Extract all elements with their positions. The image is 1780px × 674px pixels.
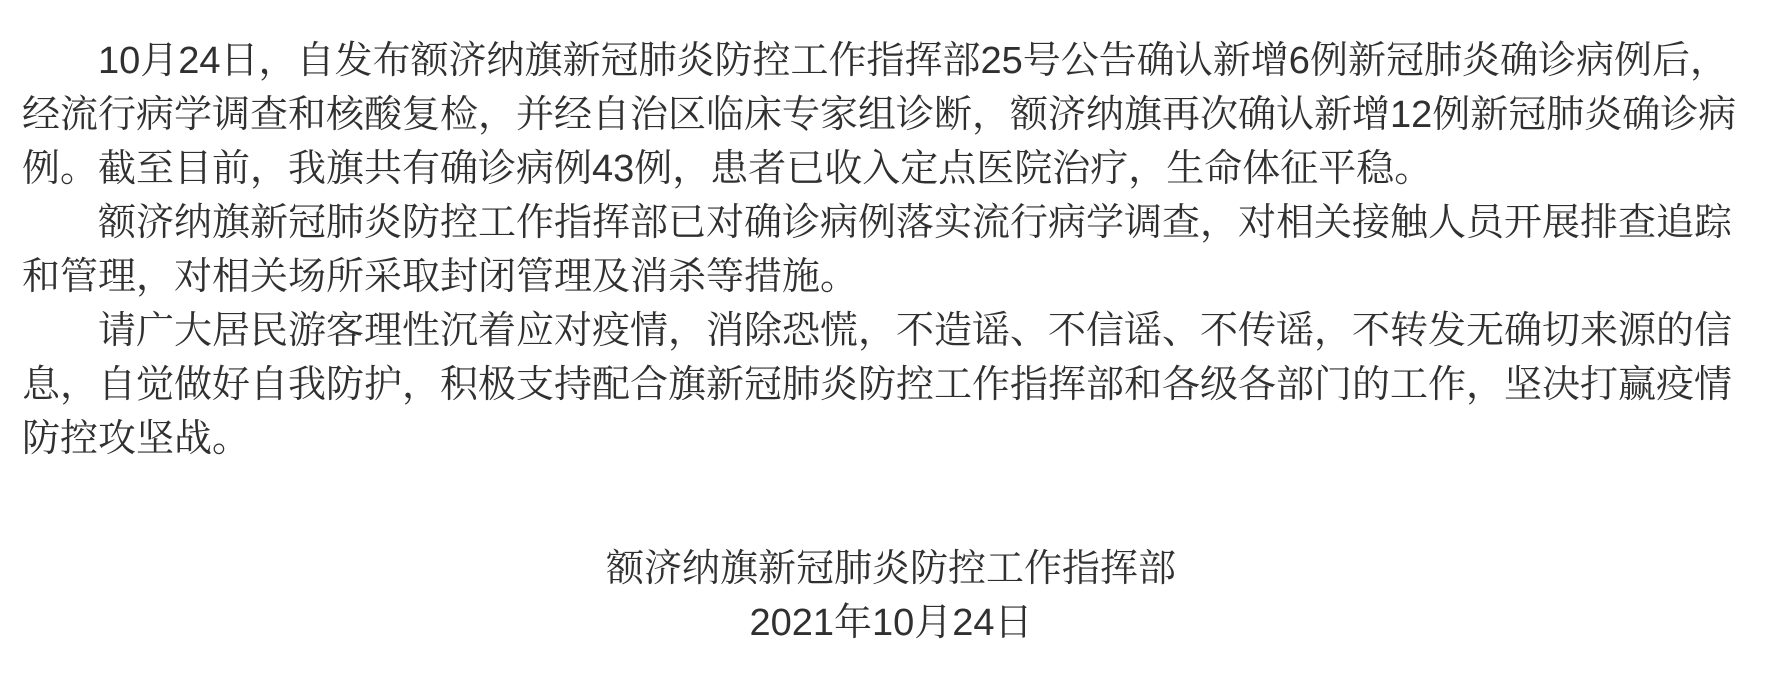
signature: 额济纳旗新冠肺炎防控工作指挥部 xyxy=(22,542,1760,596)
signature-spacer xyxy=(22,466,1760,542)
paragraph-2-line-2: 和管理，对相关场所采取封闭管理及消杀等措施。 xyxy=(22,250,1760,304)
announcement-page: 10月24日，自发布额济纳旗新冠肺炎防控工作指挥部25号公告确认新增6例新冠肺炎… xyxy=(0,0,1780,674)
paragraph-3-line-2: 息，自觉做好自我防护，积极支持配合旗新冠肺炎防控工作指挥部和各级各部门的工作，坚… xyxy=(22,358,1760,412)
paragraph-3-line-1: 请广大居民游客理性沉着应对疫情，消除恐慌，不造谣、不信谣、不传谣，不转发无确切来… xyxy=(22,304,1760,358)
paragraph-3-line-3: 防控攻坚战。 xyxy=(22,412,1760,466)
paragraph-2-line-1: 额济纳旗新冠肺炎防控工作指挥部已对确诊病例落实流行病学调查，对相关接触人员开展排… xyxy=(22,196,1760,250)
paragraph-1-line-1: 10月24日，自发布额济纳旗新冠肺炎防控工作指挥部25号公告确认新增6例新冠肺炎… xyxy=(22,34,1760,88)
paragraph-1-line-2: 经流行病学调查和核酸复检，并经自治区临床专家组诊断，额济纳旗再次确认新增12例新… xyxy=(22,88,1760,142)
date: 2021年10月24日 xyxy=(22,596,1760,650)
announcement-body: 10月24日，自发布额济纳旗新冠肺炎防控工作指挥部25号公告确认新增6例新冠肺炎… xyxy=(0,0,1780,650)
paragraph-1-line-3: 例。截至目前，我旗共有确诊病例43例，患者已收入定点医院治疗，生命体征平稳。 xyxy=(22,142,1760,196)
